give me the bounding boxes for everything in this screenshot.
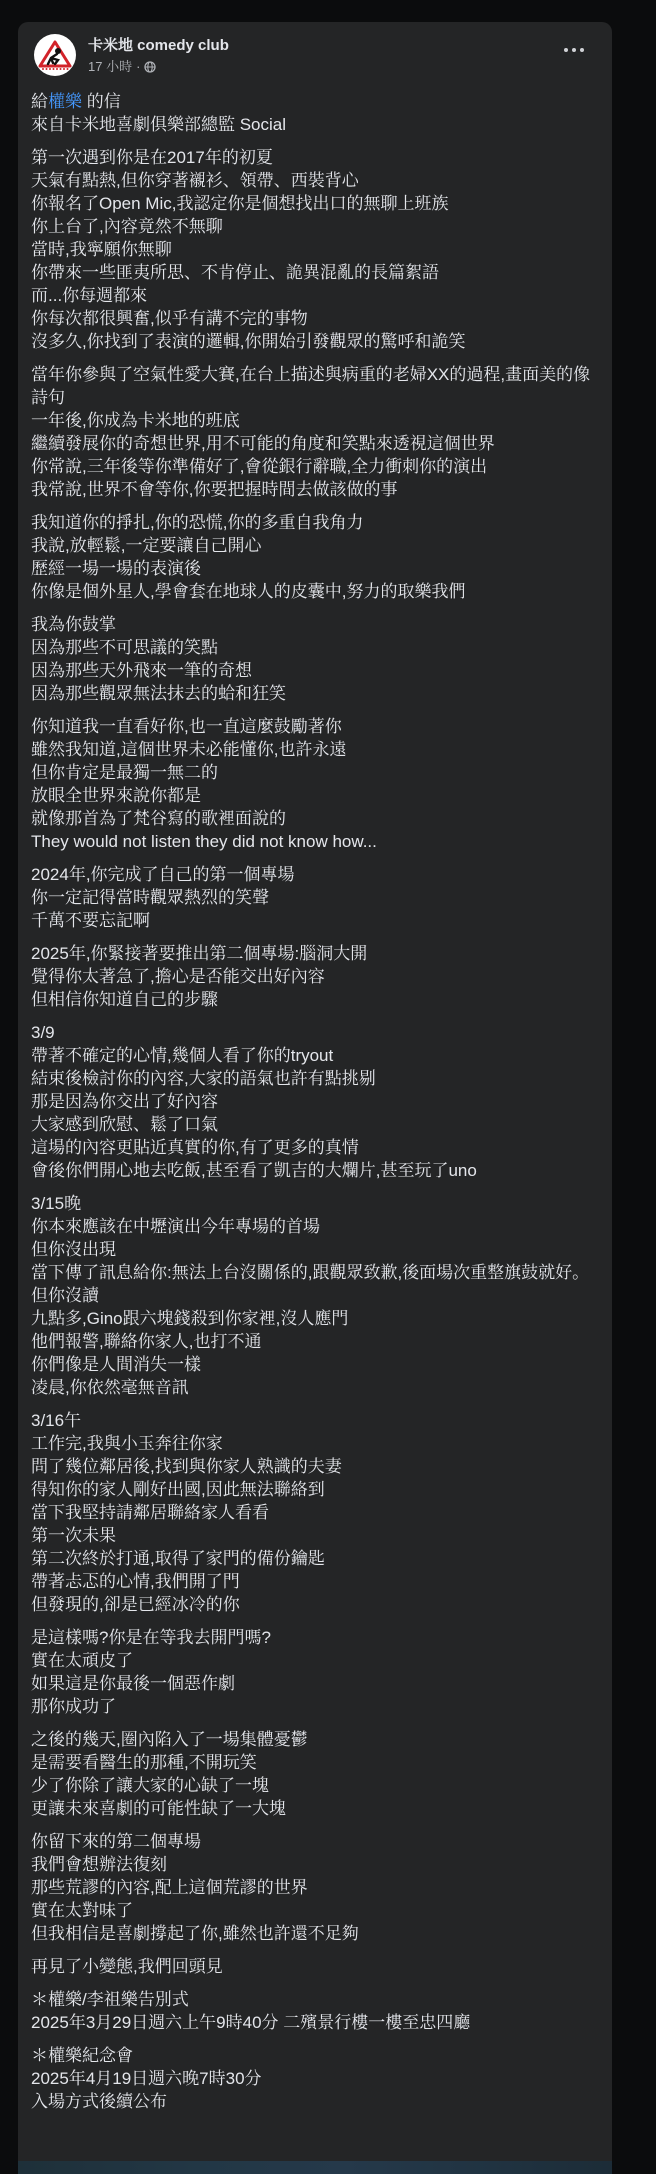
post-text-line: 而...你每週都來	[31, 284, 596, 307]
post-paragraph: 2024年,你完成了自己的第一個專場你一定記得當時觀眾熱烈的笑聲千萬不要忘記啊	[31, 863, 596, 932]
ellipsis-icon	[564, 48, 568, 52]
post-text-line: 得知你的家人剛好出國,因此無法聯絡到	[31, 1478, 596, 1501]
post-text-line: 你一定記得當時觀眾熱烈的笑聲	[31, 886, 596, 909]
attached-photo-top-edge[interactable]	[18, 2161, 612, 2174]
post-text-line: 大家感到欣慰、鬆了口氣	[31, 1113, 596, 1136]
post-body: 給權樂 的信 來自卡米地喜劇俱樂部總監 Social 第一次遇到你是在2017年…	[18, 76, 612, 2113]
post-text-line: 你留下來的第二個專場	[31, 1830, 596, 1853]
post-paragraph: 我為你鼓掌因為那些不可思議的笑點因為那些天外飛來一筆的奇想因為那些觀眾無法抹去的…	[31, 613, 596, 705]
comedy-club-logo-icon	[37, 37, 73, 73]
post-title-block: 給權樂 的信 來自卡米地喜劇俱樂部總監 Social	[31, 90, 596, 136]
post-text-line: 當時,我寧願你無聊	[31, 238, 596, 261]
post-text-line: 我們會想辦法復刻	[31, 1853, 596, 1876]
post-text-line: 再見了小變態,我們回頭見	[31, 1955, 596, 1978]
post-text-line: 你知道我一直看好你,也一直這麼鼓勵著你	[31, 715, 596, 738]
post-card: 卡米地 comedy club 17 小時 · 給權樂 的信	[18, 22, 612, 2174]
timestamp-row: 17 小時 ·	[88, 58, 550, 75]
post-subtitle-line: 來自卡米地喜劇俱樂部總監 Social	[31, 113, 596, 136]
post-text-line: 覺得你太著急了,擔心是否能交出好內容	[31, 965, 596, 988]
post-text-line: 2025年3月29日週六上午9時40分 二殯景行樓一樓至忠四廳	[31, 2011, 596, 2034]
post-text-line: 3/16午	[31, 1409, 596, 1432]
page-name-link[interactable]: 卡米地 comedy club	[88, 34, 550, 56]
post-text-line: 實在太頑皮了	[31, 1649, 596, 1672]
post-paragraph: 當年你參與了空氣性愛大賽,在台上描述與病重的老婦XX的過程,畫面美的像詩句一年後…	[31, 363, 596, 501]
post-text-line: 你常說,三年後等你準備好了,會從銀行辭職,全力衝刺你的演出	[31, 455, 596, 478]
dot-separator: ·	[136, 58, 140, 75]
post-text-line: 2025年,你緊接著要推出第二個專場:腦洞大開	[31, 942, 596, 965]
post-text-line: 第一次遇到你是在2017年的初夏	[31, 146, 596, 169]
post-text-line: 那是因為你交出了好內容	[31, 1090, 596, 1113]
post-text-line: 你每次都很興奮,似乎有講不完的事物	[31, 307, 596, 330]
post-text-line: 因為那些不可思議的笑點	[31, 636, 596, 659]
post-text-line: 但你沒出現	[31, 1238, 596, 1261]
timestamp-link[interactable]: 17 小時	[88, 58, 132, 75]
title-suffix: 的信	[82, 92, 121, 111]
post-text-line: ＊權樂/李祖樂告別式	[31, 1988, 596, 2011]
post-text-line: 這場的內容更貼近真實的你,有了更多的真情	[31, 1136, 596, 1159]
post-text-line: 結束後檢討你的內容,大家的語氣也許有點挑剔	[31, 1067, 596, 1090]
post-text-line: 因為那些觀眾無法抹去的蛤和狂笑	[31, 682, 596, 705]
post-text-line: 但你肯定是最獨一無二的	[31, 761, 596, 784]
post-text-line: 但相信你知道自己的步驟	[31, 988, 596, 1011]
post-paragraph: 是這樣嗎?你是在等我去開門嗎?實在太頑皮了如果這是你最後一個惡作劇那你成功了	[31, 1626, 596, 1718]
post-text-line: 我為你鼓掌	[31, 613, 596, 636]
post-text-line: 問了幾位鄰居後,找到與你家人熟識的夫妻	[31, 1455, 596, 1478]
post-text-line: 更讓未來喜劇的可能性缺了一大塊	[31, 1797, 596, 1820]
post-paragraph: 再見了小變態,我們回頭見	[31, 1955, 596, 1978]
post-text-line: 放眼全世界來說你都是	[31, 784, 596, 807]
post-text-line: 你本來應該在中壢演出今年專場的首場	[31, 1215, 596, 1238]
post-header: 卡米地 comedy club 17 小時 ·	[18, 22, 612, 76]
post-paragraph: 你知道我一直看好你,也一直這麼鼓勵著你雖然我知道,這個世界未必能懂你,也許永遠但…	[31, 715, 596, 853]
post-text-line: 天氣有點熱,但你穿著襯衫、領帶、西裝背心	[31, 169, 596, 192]
post-text-line: 但你沒讀	[31, 1284, 596, 1307]
post-text-line: 你報名了Open Mic,我認定你是個想找出口的無聊上班族	[31, 192, 596, 215]
post-text-line: 我常說,世界不會等你,你要把握時間去做該做的事	[31, 478, 596, 501]
avatar[interactable]	[34, 34, 76, 76]
post-text-line: 但發現的,卻是已經冰冷的你	[31, 1593, 596, 1616]
post-paragraph: 我知道你的掙扎,你的恐慌,你的多重自我角力我說,放輕鬆,一定要讓自己開心歷經一場…	[31, 511, 596, 603]
post-text-line: 沒多久,你找到了表演的邏輯,你開始引發觀眾的驚呼和詭笑	[31, 330, 596, 353]
ellipsis-icon	[572, 48, 576, 52]
post-text-line: 雖然我知道,這個世界未必能懂你,也許永遠	[31, 738, 596, 761]
person-tag-link[interactable]: 權樂	[48, 92, 82, 111]
post-text-line: 一年後,你成為卡米地的班底	[31, 409, 596, 432]
post-text-line: ＊權樂紀念會	[31, 2044, 596, 2067]
post-text-line: 之後的幾天,圈內陷入了一場集體憂鬱	[31, 1728, 596, 1751]
post-text-line: 但我相信是喜劇撐起了你,雖然也許還不足夠	[31, 1922, 596, 1945]
post-text-line: 那你成功了	[31, 1695, 596, 1718]
post-text-line: 2025年4月19日週六晚7時30分	[31, 2067, 596, 2090]
post-text-line: 工作完,我與小玉奔往你家	[31, 1432, 596, 1455]
post-text-line: 你上台了,內容竟然不無聊	[31, 215, 596, 238]
post-paragraph: ＊權樂/李祖樂告別式2025年3月29日週六上午9時40分 二殯景行樓一樓至忠四…	[31, 1988, 596, 2034]
post-text-line: 少了你除了讓大家的心缺了一塊	[31, 1774, 596, 1797]
post-text-line: 當下傳了訊息給你:無法上台沒關係的,跟觀眾致歉,後面場次重整旗鼓就好。	[31, 1261, 596, 1284]
post-text-line: 入場方式後續公布	[31, 2090, 596, 2113]
post-title-line: 給權樂 的信	[31, 90, 596, 113]
post-text-line: 你帶來一些匪夷所思、不肯停止、詭異混亂的長篇絮語	[31, 261, 596, 284]
post-text-line: 第一次未果	[31, 1524, 596, 1547]
post-paragraph: 之後的幾天,圈內陷入了一場集體憂鬱是需要看醫生的那種,不開玩笑少了你除了讓大家的…	[31, 1728, 596, 1820]
globe-privacy-icon	[144, 61, 156, 73]
post-text-line: 那些荒謬的內容,配上這個荒謬的世界	[31, 1876, 596, 1899]
post-text-line: 2024年,你完成了自己的第一個專場	[31, 863, 596, 886]
post-text-line: They would not listen they did not know …	[31, 830, 596, 853]
post-text-line: 實在太對味了	[31, 1899, 596, 1922]
post-text-line: 你像是個外星人,學會套在地球人的皮囊中,努力的取樂我們	[31, 580, 596, 603]
post-text-line: 我知道你的掙扎,你的恐慌,你的多重自我角力	[31, 511, 596, 534]
post-text-line: 會後你們開心地去吃飯,甚至看了凱吉的大爛片,甚至玩了uno	[31, 1159, 596, 1182]
post-text-line: 你們像是人間消失一樣	[31, 1353, 596, 1376]
post-text-line: 帶著不確定的心情,幾個人看了你的tryout	[31, 1044, 596, 1067]
title-prefix: 給	[31, 92, 48, 111]
post-text-line: 千萬不要忘記啊	[31, 909, 596, 932]
post-paragraph: 3/15晚你本來應該在中壢演出今年專場的首場但你沒出現當下傳了訊息給你:無法上台…	[31, 1192, 596, 1399]
header-meta: 卡米地 comedy club 17 小時 ·	[88, 34, 550, 75]
post-text-line: 如果這是你最後一個惡作劇	[31, 1672, 596, 1695]
post-text-line: 九點多,Gino跟六塊錢殺到你家裡,沒人應門	[31, 1307, 596, 1330]
ellipsis-icon	[580, 48, 584, 52]
post-text-line: 他們報警,聯絡你家人,也打不通	[31, 1330, 596, 1353]
post-text-line: 3/9	[31, 1021, 596, 1044]
post-paragraph: 3/16午工作完,我與小玉奔往你家問了幾位鄰居後,找到與你家人熟識的夫妻得知你的…	[31, 1409, 596, 1616]
post-options-button[interactable]	[550, 38, 598, 62]
post-text-line: 帶著忐忑的心情,我們開了門	[31, 1570, 596, 1593]
post-paragraph: 你留下來的第二個專場我們會想辦法復刻那些荒謬的內容,配上這個荒謬的世界實在太對味…	[31, 1830, 596, 1945]
post-paragraph: 第一次遇到你是在2017年的初夏天氣有點熱,但你穿著襯衫、領帶、西裝背心你報名了…	[31, 146, 596, 353]
post-text-line: 繼續發展你的奇想世界,用不可能的角度和笑點來透視這個世界	[31, 432, 596, 455]
post-paragraph: 3/9帶著不確定的心情,幾個人看了你的tryout結束後檢討你的內容,大家的語氣…	[31, 1021, 596, 1182]
post-text-line: 3/15晚	[31, 1192, 596, 1215]
post-text-line: 當下我堅持請鄰居聯絡家人看看	[31, 1501, 596, 1524]
post-text-line: 因為那些天外飛來一筆的奇想	[31, 659, 596, 682]
post-text-line: 是這樣嗎?你是在等我去開門嗎?	[31, 1626, 596, 1649]
post-paragraph: ＊權樂紀念會2025年4月19日週六晚7時30分入場方式後續公布	[31, 2044, 596, 2113]
post-text-line: 是需要看醫生的那種,不開玩笑	[31, 1751, 596, 1774]
post-text-line: 就像那首為了梵谷寫的歌裡面說的	[31, 807, 596, 830]
post-text-line: 歷經一場一場的表演後	[31, 557, 596, 580]
post-text-line: 當年你參與了空氣性愛大賽,在台上描述與病重的老婦XX的過程,畫面美的像詩句	[31, 363, 596, 409]
post-text-line: 我說,放輕鬆,一定要讓自己開心	[31, 534, 596, 557]
post-text-line: 凌晨,你依然毫無音訊	[31, 1376, 596, 1399]
post-text-line: 第二次終於打通,取得了家門的備份鑰匙	[31, 1547, 596, 1570]
post-paragraph: 2025年,你緊接著要推出第二個專場:腦洞大開覺得你太著急了,擔心是否能交出好內…	[31, 942, 596, 1011]
